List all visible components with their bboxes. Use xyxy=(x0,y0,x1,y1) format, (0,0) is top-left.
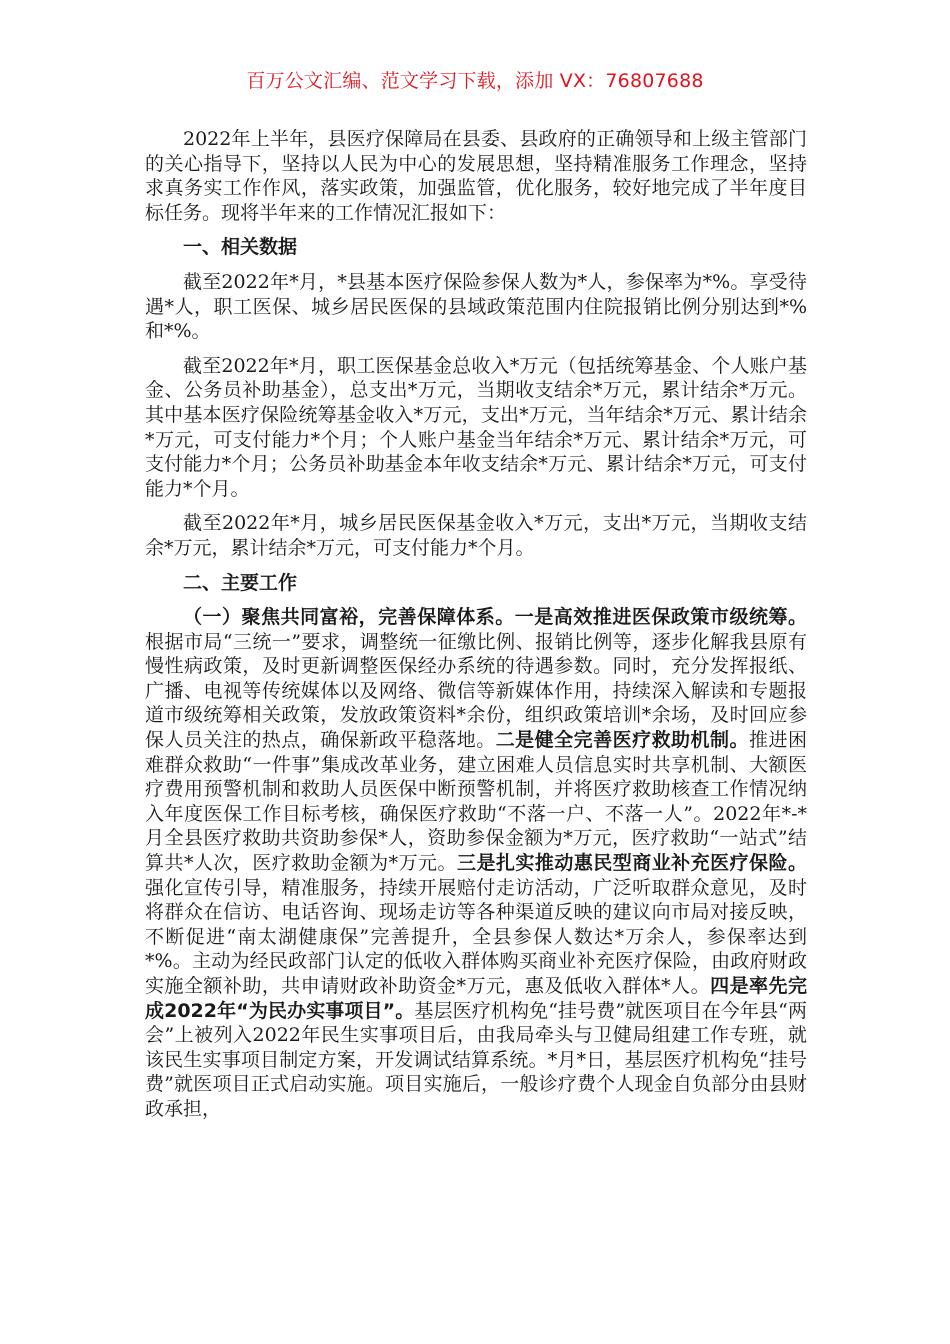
document-body: 2022年上半年，县医疗保障局在县委、县政府的正确领导和上级主管部门的关心指导下… xyxy=(145,127,807,1122)
subheading-2: 二是健全完善医疗救助机制。 xyxy=(496,729,749,751)
data-paragraph-2: 截至2022年*月，职工医保基金总收入*万元（包括统筹基金、个人账户基金、公务员… xyxy=(145,354,807,502)
subheading-3: 三是扎实推动惠民型商业补充医疗保险。 xyxy=(457,852,807,874)
data-paragraph-3: 截至2022年*月，城乡居民医保基金收入*万元，支出*万元，当期收支结余*万元，… xyxy=(145,511,807,560)
text-3: 强化宣传引导，精准服务，持续开展赔付走访活动，广泛听取群众意见，及时将群众在信访… xyxy=(145,877,807,997)
intro-paragraph: 2022年上半年，县医疗保障局在县委、县政府的正确领导和上级主管部门的关心指导下… xyxy=(145,127,807,225)
data-paragraph-1: 截至2022年*月，*县基本医疗保险参保人数为*人，参保率为*%。享受待遇*人，… xyxy=(145,270,807,344)
watermark-header: 百万公文汇编、范文学习下载，添加 VX：76807688 xyxy=(0,66,950,93)
section-heading-main-work: 二、主要工作 xyxy=(145,571,807,596)
main-work-paragraph: （一）聚焦共同富裕，完善保障体系。一是高效推进医保政策市级统筹。根据市局“三统一… xyxy=(145,605,807,1121)
subheading-1: （一）聚焦共同富裕，完善保障体系。一是高效推进医保政策市级统筹。 xyxy=(183,606,807,628)
section-heading-data: 一、相关数据 xyxy=(145,235,807,260)
